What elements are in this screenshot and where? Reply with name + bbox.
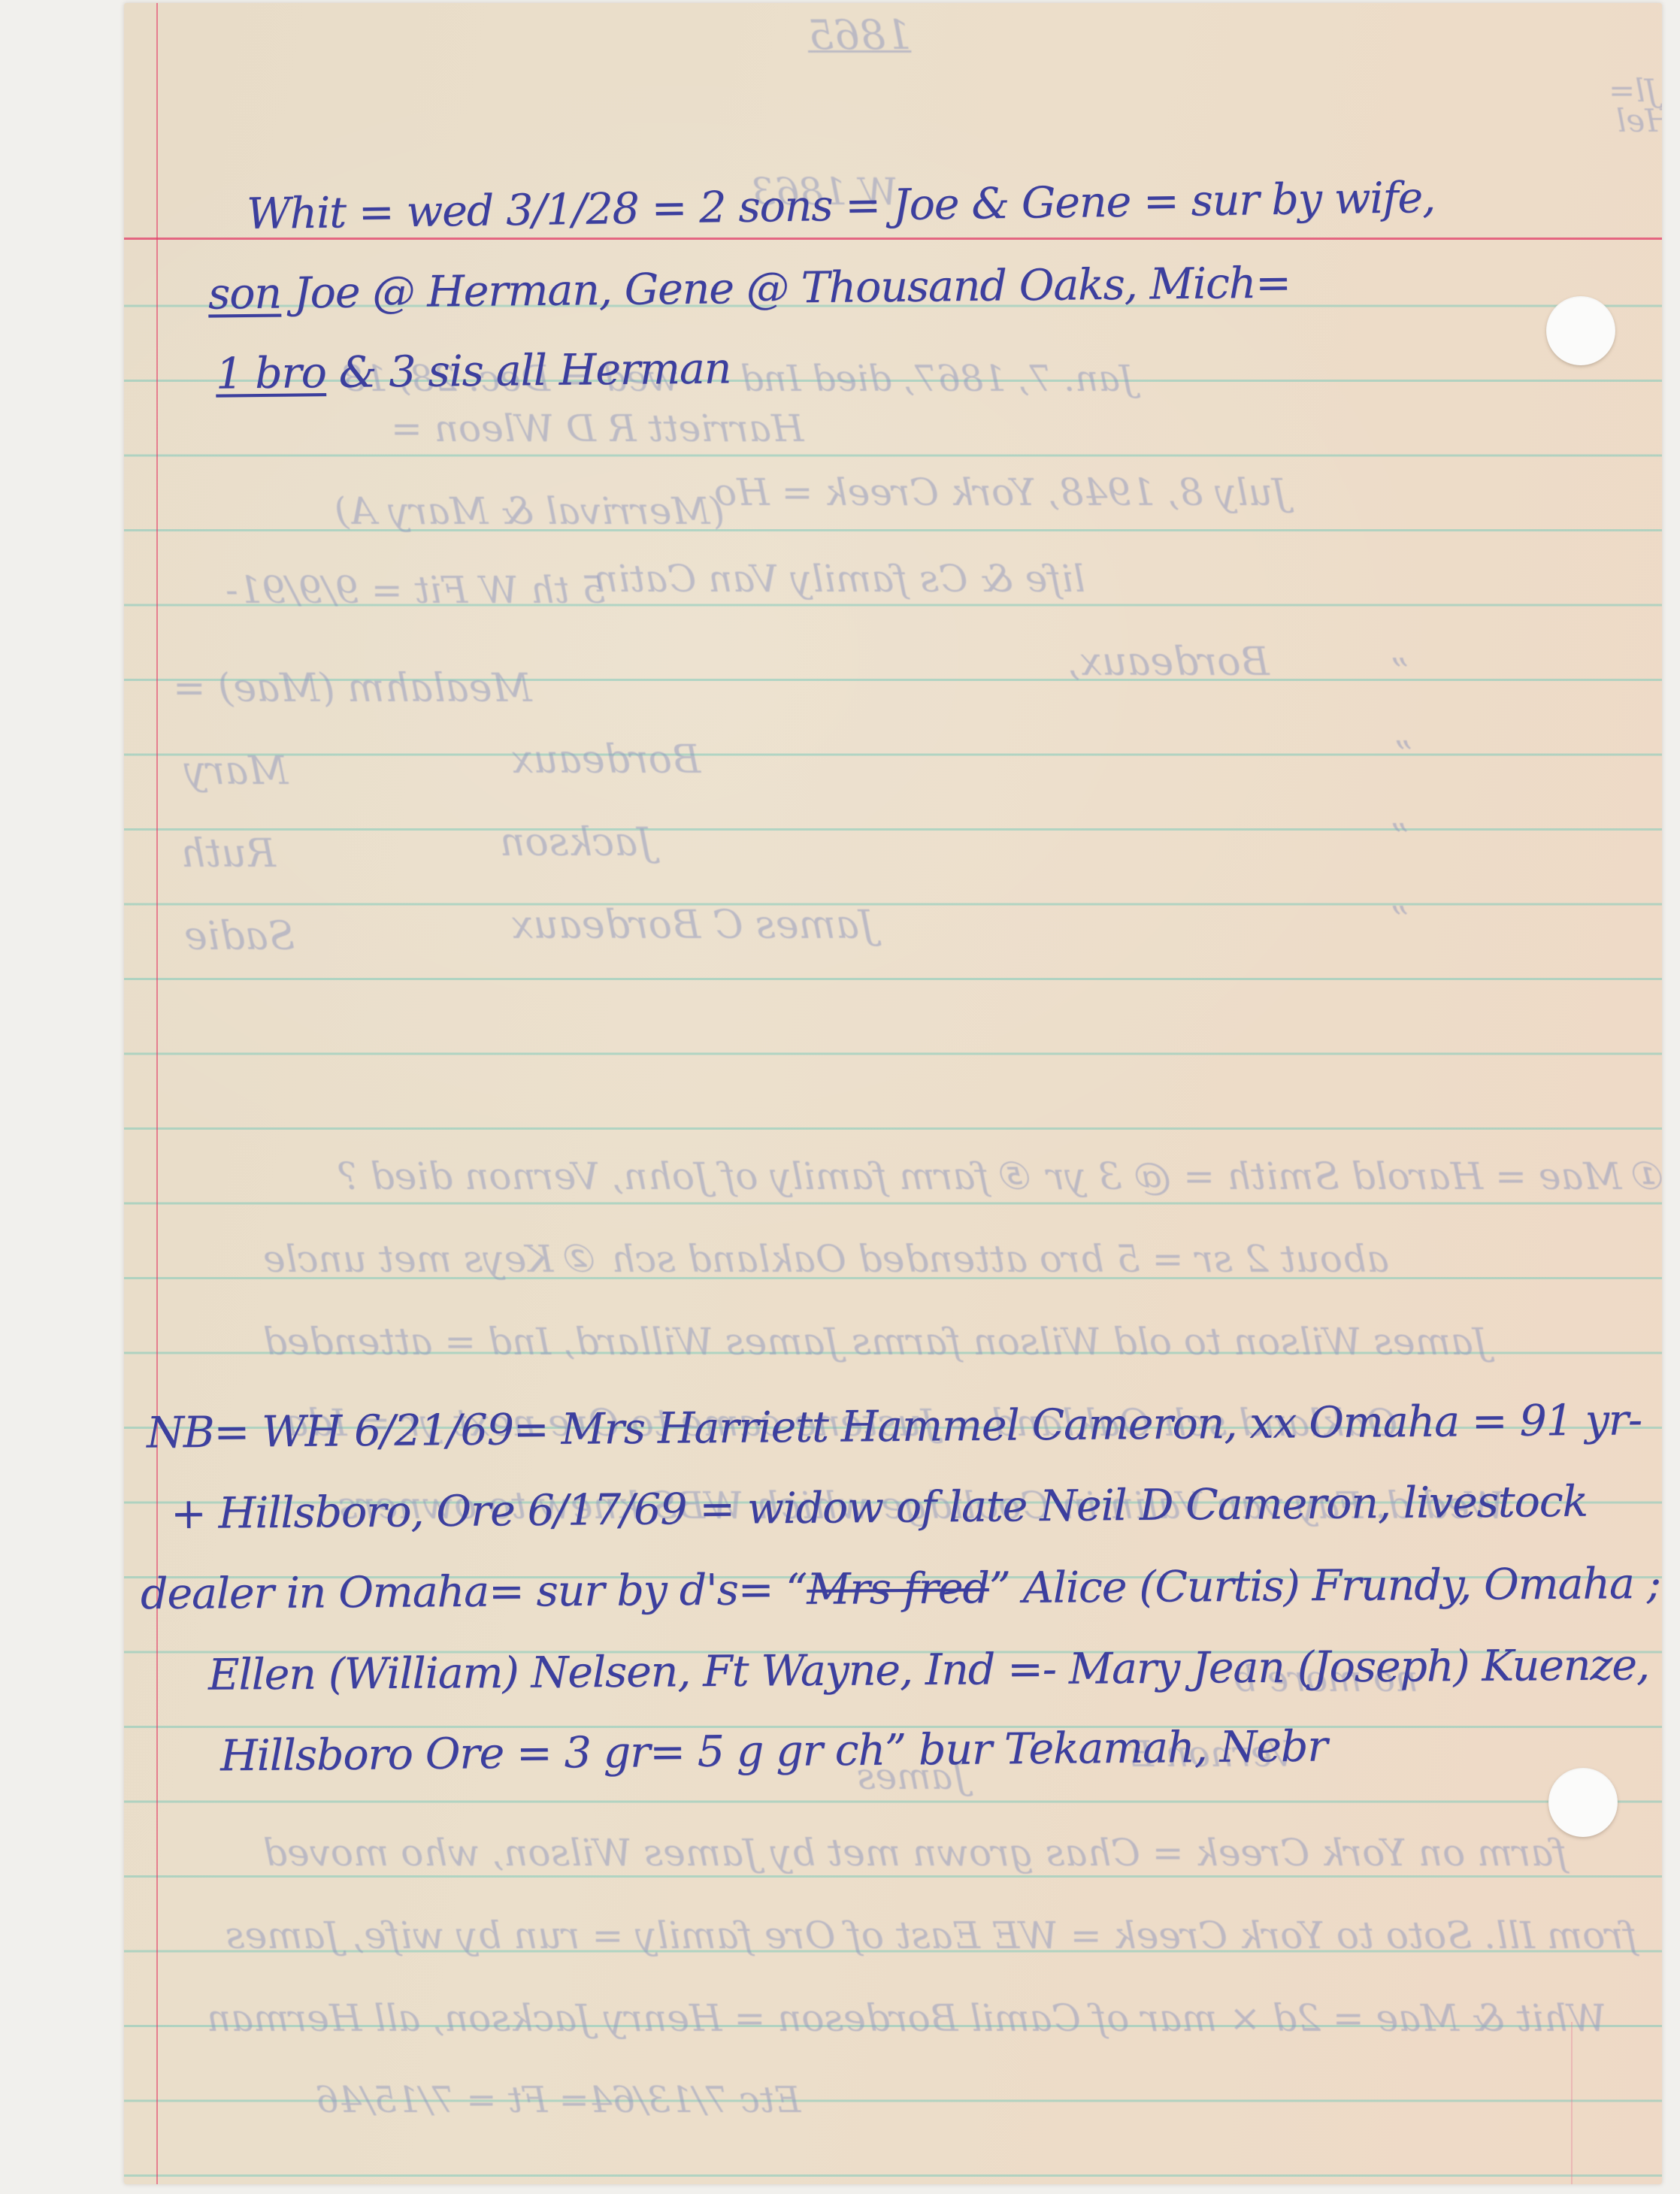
hole-punch-bottom (1548, 1768, 1618, 1837)
bleedthrough-text-34: Whit & Mae = 2d × mar of Camil Bordeson … (207, 1999, 1606, 2037)
bleedthrough-text-21: ” (1391, 902, 1409, 938)
bleedthrough-text-7: July 8, 1948, York Creek = Ho (714, 474, 1288, 511)
bleedthrough-text-32: farm on York Creek = Chas grown met by J… (263, 1834, 1567, 1872)
note-cameron-line-1: NB= WH 6/21/69= Mrs Harriett Hammel Came… (147, 1399, 1642, 1454)
hole-punch-top (1546, 296, 1615, 365)
bleedthrough-text-13: Bordeaux (511, 740, 701, 779)
bleedthrough-text-9: life & Cs family Van Catin (594, 560, 1085, 598)
note-cameron-line-2: + Hillsboro, Ore 6/17/69 = widow of late… (171, 1481, 1588, 1536)
note-whit-line-1: Whit = wed 3/1/28 = 2 sons = Joe & Gene … (247, 177, 1436, 236)
note-cameron-line-5: Hillsboro Ore = 3 gr= 5 g gr ch” bur Tek… (220, 1726, 1327, 1778)
bleedthrough-text-19: ” (1394, 737, 1413, 773)
bleedthrough-text-12: Mary (184, 752, 288, 791)
handwriting-text: dealer in Omaha= sur by d's= “ (141, 1565, 807, 1619)
bleedthrough-text-17: James C Bordeaux (511, 906, 875, 945)
note-whit-line-2: son Joe @ Herman, Gene @ Thousand Oaks, … (208, 262, 1291, 316)
bleedthrough-text-5: Harriett R D Wleon = (391, 410, 804, 447)
bleedthrough-text-33: from Ill. Soto to York Creek = WE East o… (226, 1917, 1637, 1954)
bleedthrough-text-18: ” (1391, 654, 1409, 690)
bleedthrough-text-8: 5 th W Fit = 9/9/91- (226, 571, 605, 609)
note-cameron-line-4: Ellen (William) Nelsen, Ft Wayne, Ind =-… (208, 1644, 1649, 1696)
bleedthrough-text-23: Hel (1616, 105, 1662, 137)
bleedthrough-text-25: about 2 sr = 5 bro attended Oakland sch … (263, 1240, 1389, 1278)
handwriting-text: Ellen (William) Nelsen, Ft Wayne, Ind =-… (208, 1640, 1649, 1699)
scanned-page: 1865W 1863wed = Dec. 28, 18Jan. 7, 1867,… (0, 0, 1680, 2194)
bleedthrough-margin-line (1571, 2022, 1573, 2184)
handwriting-text: & 3 sis all Herman (325, 343, 731, 398)
note-whit-line-3: 1 bro & 3 sis all Herman (216, 347, 731, 395)
handwriting-text: Mrs fred (807, 1563, 989, 1614)
handwriting-text: Hillsboro Ore = 3 gr= 5 g gr ch” bur Tek… (220, 1722, 1327, 1781)
handwriting-text: son (208, 269, 282, 319)
paper: 1865W 1863wed = Dec. 28, 18Jan. 7, 1867,… (124, 3, 1662, 2184)
bleedthrough-text-16: Sadie (184, 917, 295, 956)
bleedthrough-text-11: Bordeaux, (1067, 643, 1270, 682)
bleedthrough-text-1: 1865 (808, 15, 911, 56)
bleedthrough-text-14: Ruth (180, 834, 276, 873)
note-cameron-line-3: dealer in Omaha= sur by d's= “Mrs fred” … (141, 1563, 1660, 1616)
bleedthrough-text-4: Jan. 7, 1867, died Ind (740, 361, 1134, 397)
handwriting-text: 1 bro (216, 348, 326, 399)
handwriting-text: Whit = wed 3/1/28 = 2 sons = Joe & Gene … (247, 173, 1436, 239)
bleedthrough-text-6: (Merrival & Mary A) (334, 492, 725, 530)
bleedthrough-text-26: James Wilson to old Wilson farms James W… (263, 1323, 1488, 1360)
bleedthrough-text-15: Jackson (500, 823, 653, 862)
top-margin-line (124, 238, 1662, 240)
bleedthrough-text-20: ” (1391, 819, 1409, 855)
left-margin-line (156, 3, 158, 2184)
bleedthrough-text-35: Etc 7/13/64= Ft = 7/15/46 (316, 2082, 801, 2118)
bleedthrough-text-24: ① Mae = Harold Smith = @ 3 yr ⑤ farm fam… (338, 1158, 1662, 1195)
handwriting-text: Joe @ Herman, Gene @ Thousand Oaks, Mich… (281, 258, 1291, 318)
handwriting-text: ” Alice (Curtis) Frundy, Omaha ; (988, 1559, 1660, 1613)
bleedthrough-text-10: Mealahm (Mae) = (173, 669, 532, 708)
